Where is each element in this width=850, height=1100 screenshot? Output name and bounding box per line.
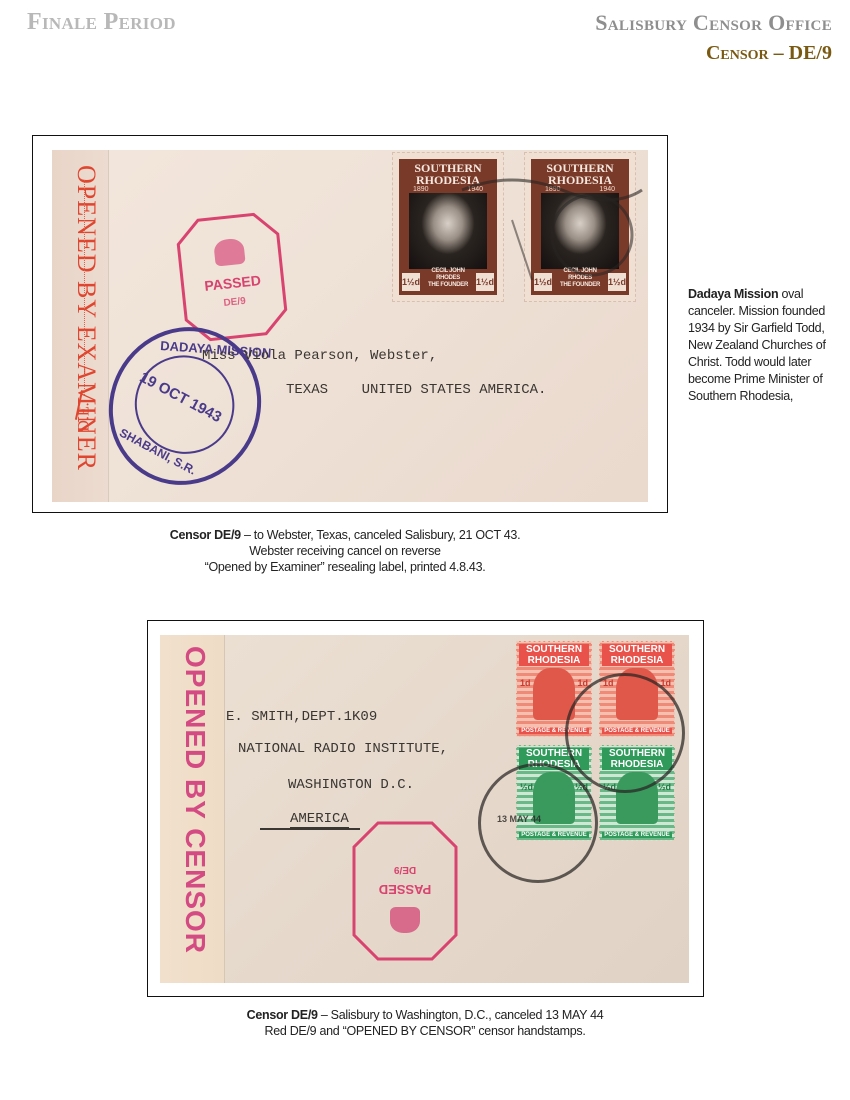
stamp-year-start: 1890	[413, 186, 429, 193]
cover-1-envelope-image: OPENED BY EXAMINER D.E. SOUTHERN RHODESI…	[52, 150, 648, 502]
censor-code-title: Censor – DE/9	[706, 42, 832, 65]
passed-code: DE/9	[352, 864, 458, 875]
stamp-footer: POSTAGE & REVENUE	[602, 832, 672, 838]
cover-2-caption: Censor DE/9 – Salisbury to Washington, D…	[200, 1007, 650, 1039]
address-line-2: TEXAS UNITED STATES AMERICA.	[286, 382, 546, 398]
censor-strip: OPENED BY CENSOR	[160, 635, 225, 983]
salisbury-postmark	[565, 673, 685, 793]
address-line-4: AMERICA	[290, 811, 349, 829]
stamp-value: 1d	[520, 678, 531, 688]
postmark-date: 13 MAY 44	[497, 814, 541, 824]
censor-strip-text: OPENED BY CENSOR	[179, 646, 211, 956]
caption-line: “Opened by Examiner” resealing label, pr…	[130, 559, 560, 575]
stamp-country: SOUTHERN RHODESIA	[602, 644, 672, 666]
address-line-1: E. SMITH,DEPT.1K09	[226, 709, 377, 725]
stamp-country: SOUTHERN RHODESIA	[519, 644, 589, 666]
salisbury-postmark: 13 MAY 44	[478, 763, 598, 883]
caption-line: Red DE/9 and “OPENED BY CENSOR” censor h…	[200, 1023, 650, 1039]
dadaya-mission-note: Dadaya Mission oval canceler. Mission fo…	[688, 286, 838, 405]
passed-censor-handstamp: PASSED DE/9	[352, 821, 458, 961]
office-title: Salisbury Censor Office	[595, 10, 832, 36]
section-title: Finale Period	[27, 9, 176, 36]
caption-bold: Censor DE/9	[170, 528, 241, 542]
note-bold: Dadaya Mission	[688, 287, 778, 301]
caption-line: – Salisbury to Washington, D.C., cancele…	[321, 1008, 604, 1022]
cover-1-frame: OPENED BY EXAMINER D.E. SOUTHERN RHODESI…	[32, 135, 668, 513]
caption-line: – to Webster, Texas, canceled Salisbury,…	[244, 528, 520, 542]
passed-text: PASSED	[352, 882, 458, 897]
caption-line: Webster receiving cancel on reverse	[130, 543, 560, 559]
cover-2-frame: OPENED BY CENSOR E. SMITH,DEPT.1K09 NATI…	[147, 620, 704, 997]
cover-2-envelope-image: OPENED BY CENSOR E. SMITH,DEPT.1K09 NATI…	[160, 635, 689, 983]
address-line-1: Miss Viola Pearson, Webster,	[202, 348, 437, 364]
cover-1-caption: Censor DE/9 – to Webster, Texas, cancele…	[130, 527, 560, 575]
dotted-line	[84, 180, 85, 395]
underline	[260, 828, 360, 830]
stamp-value: ½d	[658, 782, 671, 792]
crown-icon	[213, 238, 246, 267]
caption-bold: Censor DE/9	[247, 1008, 318, 1022]
address-line-3: WASHINGTON D.C.	[288, 777, 414, 793]
stamp-value: 1½d	[402, 273, 420, 291]
address-line-2: NATIONAL RADIO INSTITUTE,	[238, 741, 448, 757]
crown-icon	[390, 907, 420, 933]
wavy-cancel-icon	[452, 160, 648, 300]
note-text: oval canceler. Mission founded 1934 by S…	[688, 287, 826, 403]
